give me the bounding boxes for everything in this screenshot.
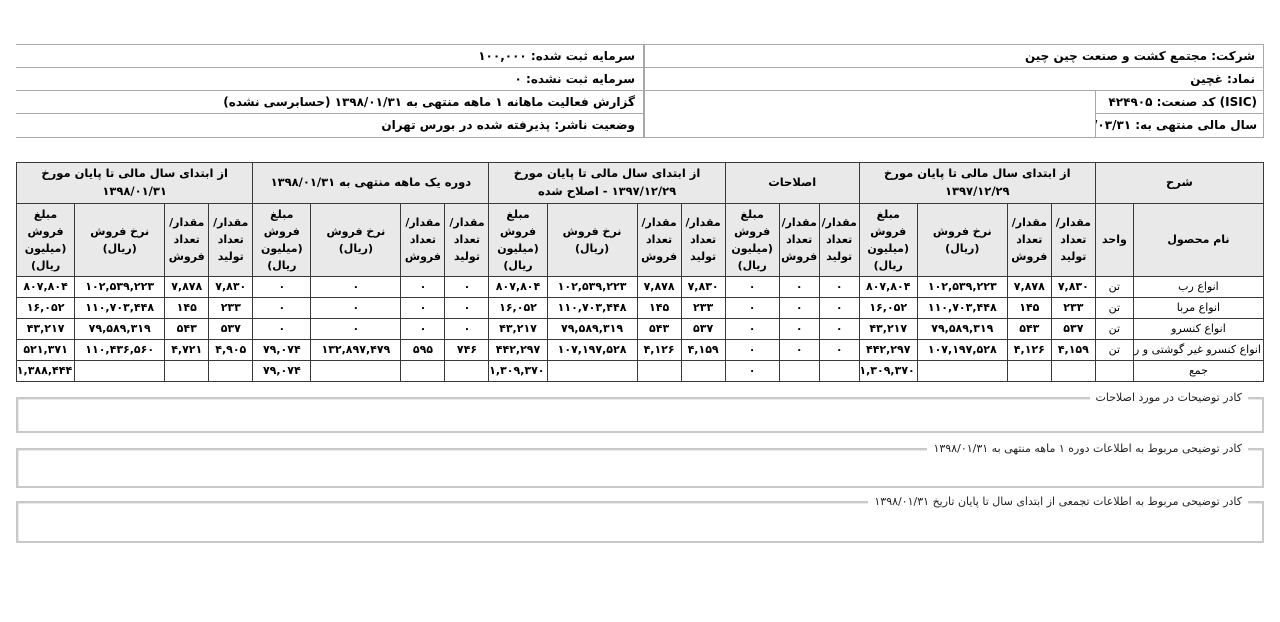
unit-cell: تن [1095, 339, 1133, 360]
value-cell: ۰ [779, 318, 819, 339]
table-body: انواع ربتن۷,۸۳۰۷,۸۷۸۱۰۲,۵۳۹,۲۲۳۸۰۷,۸۰۴۰۰… [17, 276, 1264, 381]
value-cell: ۰ [401, 276, 445, 297]
adjustments-comment-legend: کادر توضیحات در مورد اصلاحات [1090, 390, 1248, 406]
value-cell [819, 360, 859, 381]
value-cell: ۰ [819, 339, 859, 360]
fiscal-year-row: سال مالی منتهی به: ۱۳۹۸/۰۳/۳۱ [1096, 114, 1263, 137]
value-cell: ۱۱۰,۷۰۳,۴۴۸ [547, 297, 637, 318]
group-header-current-ytd: از ابتدای سال مالی تا پایان مورخ ۱۳۹۸/۰۱… [17, 163, 253, 204]
value-cell: ۷۹,۵۸۹,۳۱۹ [547, 318, 637, 339]
value-cell: ۰ [725, 339, 779, 360]
value-cell: ۰ [819, 276, 859, 297]
col-g5-sale-amount: مبلغ فروش (میلیون ریال) [17, 203, 75, 276]
col-g3-qty-produced: مقدار/تعداد تولید [681, 203, 725, 276]
group-header-current-month: دوره یک ماهه منتهی به ۱۳۹۸/۰۱/۳۱ [253, 163, 489, 204]
value-cell: ۱۶,۰۵۲ [489, 297, 547, 318]
value-cell: ۷۴۶ [445, 339, 489, 360]
value-cell [311, 360, 401, 381]
group-header-prior-ytd: از ابتدای سال مالی تا پایان مورخ ۱۳۹۷/۱۲… [859, 163, 1095, 204]
value-cell: ۷,۸۷۸ [165, 276, 209, 297]
col-unit: واحد [1095, 203, 1133, 276]
report-page: شرکت: مجتمع کشت و صنعت چین چین نماد: غچی… [16, 44, 1264, 543]
registered-capital-row: سرمایه ثبت شده: ۱۰۰,۰۰۰ [16, 45, 643, 68]
value-cell: ۸۰۷,۸۰۴ [859, 276, 917, 297]
value-cell [917, 360, 1007, 381]
group-header-row: شرح از ابتدای سال مالی تا پایان مورخ ۱۳۹… [17, 163, 1264, 204]
value-cell [547, 360, 637, 381]
value-cell: ۰ [311, 297, 401, 318]
value-cell: ۸۰۷,۸۰۴ [489, 276, 547, 297]
value-cell: ۴۴۲,۲۹۷ [859, 339, 917, 360]
value-cell: ۴,۱۵۹ [1051, 339, 1095, 360]
product-name-cell: انواع مربا [1133, 297, 1263, 318]
value-cell: ۵۳۷ [209, 318, 253, 339]
unregistered-capital-row: سرمایه ثبت نشده: ۰ [16, 68, 643, 91]
product-name-cell: جمع [1133, 360, 1263, 381]
unit-cell: تن [1095, 297, 1133, 318]
value-cell: ۰ [725, 297, 779, 318]
unit-cell [1095, 360, 1133, 381]
company-name-row: شرکت: مجتمع کشت و صنعت چین چین [645, 45, 1263, 68]
product-name-cell: انواع کنسرو [1133, 318, 1263, 339]
table-row: انواع ربتن۷,۸۳۰۷,۸۷۸۱۰۲,۵۳۹,۲۲۳۸۰۷,۸۰۴۰۰… [17, 276, 1264, 297]
value-cell: ۰ [253, 318, 311, 339]
value-cell: ۰ [779, 339, 819, 360]
symbol-row: نماد: غچین [645, 68, 1263, 91]
value-cell: ۰ [445, 297, 489, 318]
value-cell: ۰ [819, 318, 859, 339]
value-cell: ۰ [779, 297, 819, 318]
value-cell: ۰ [779, 276, 819, 297]
adjustments-comment-box: کادر توضیحات در مورد اصلاحات [16, 397, 1264, 433]
value-cell: ۰ [253, 276, 311, 297]
value-cell: ۴۳,۲۱۷ [489, 318, 547, 339]
report-info-panel: سرمایه ثبت شده: ۱۰۰,۰۰۰ سرمایه ثبت نشده:… [16, 44, 644, 138]
product-name-cell: انواع رب [1133, 276, 1263, 297]
value-cell: ۰ [725, 360, 779, 381]
value-cell [681, 360, 725, 381]
value-cell: ۷۹,۰۷۴ [253, 339, 311, 360]
value-cell: ۱۶,۰۵۲ [17, 297, 75, 318]
value-cell [75, 360, 165, 381]
value-cell: ۵۴۳ [165, 318, 209, 339]
col-g3-sale-rate: نرخ فروش (ریال) [547, 203, 637, 276]
col-g4-sale-rate: نرخ فروش (ریال) [311, 203, 401, 276]
table-row: انواع کنسرو غیر گوشتی و ربتن۴,۱۵۹۴,۱۲۶۱۰… [17, 339, 1264, 360]
monthly-info-comment-box: کادر توضیحی مربوط به اطلاعات دوره ۱ ماهه… [16, 448, 1264, 488]
value-cell: ۴,۱۲۶ [637, 339, 681, 360]
monthly-activity-table: شرح از ابتدای سال مالی تا پایان مورخ ۱۳۹… [16, 162, 1264, 382]
value-cell [779, 360, 819, 381]
value-cell: ۵۴۳ [1007, 318, 1051, 339]
value-cell: ۱۴۵ [1007, 297, 1051, 318]
col-g1-sale-amount: مبلغ فروش (میلیون ریال) [859, 203, 917, 276]
value-cell: ۴۳,۲۱۷ [17, 318, 75, 339]
col-g5-qty-produced: مقدار/تعداد تولید [209, 203, 253, 276]
group-header-description: شرح [1095, 163, 1263, 204]
value-cell: ۴۴۲,۲۹۷ [489, 339, 547, 360]
col-g5-sale-rate: نرخ فروش (ریال) [75, 203, 165, 276]
monthly-info-comment-legend: کادر توضیحی مربوط به اطلاعات دوره ۱ ماهه… [927, 441, 1248, 457]
value-cell: ۴,۱۲۶ [1007, 339, 1051, 360]
value-cell: ۰ [401, 297, 445, 318]
value-cell: ۷,۸۷۸ [637, 276, 681, 297]
sub-header-row: نام محصول واحد مقدار/تعداد تولید مقدار/ت… [17, 203, 1264, 276]
value-cell: ۵۳۷ [681, 318, 725, 339]
product-name-cell: انواع کنسرو غیر گوشتی و رب [1133, 339, 1263, 360]
col-g5-qty-sold: مقدار/تعداد فروش [165, 203, 209, 276]
value-cell: ۵۲۱,۳۷۱ [17, 339, 75, 360]
value-cell: ۱۰۲,۵۳۹,۲۲۳ [75, 276, 165, 297]
unit-cell: تن [1095, 276, 1133, 297]
value-cell: ۷,۸۳۰ [209, 276, 253, 297]
industry-code-row: (ISIC) کد صنعت: ۴۲۴۹۰۵ [1096, 91, 1263, 114]
value-cell: ۱۱۰,۷۰۳,۴۴۸ [75, 297, 165, 318]
value-cell: ۰ [725, 318, 779, 339]
unit-cell: تن [1095, 318, 1133, 339]
value-cell [445, 360, 489, 381]
value-cell: ۰ [311, 276, 401, 297]
col-g2-qty-produced: مقدار/تعداد تولید [819, 203, 859, 276]
value-cell: ۱,۳۰۹,۳۷۰ [859, 360, 917, 381]
value-cell: ۷۹,۰۷۴ [253, 360, 311, 381]
table-row: جمع۱,۳۰۹,۳۷۰۰۱,۳۰۹,۳۷۰۷۹,۰۷۴۱,۳۸۸,۴۴۴ [17, 360, 1264, 381]
value-cell: ۱۶,۰۵۲ [859, 297, 917, 318]
cumulative-info-comment-box: کادر توضیحی مربوط به اطلاعات تجمعی از اب… [16, 501, 1264, 543]
value-cell: ۰ [253, 297, 311, 318]
value-cell: ۷۹,۵۸۹,۳۱۹ [75, 318, 165, 339]
value-cell: ۱۴۵ [165, 297, 209, 318]
value-cell [1051, 360, 1095, 381]
report-title-row: گزارش فعالیت ماهانه ۱ ماهه منتهی به ۱۳۹۸… [16, 91, 643, 114]
value-cell: ۰ [819, 297, 859, 318]
value-cell: ۲۳۳ [1051, 297, 1095, 318]
col-g4-qty-produced: مقدار/تعداد تولید [445, 203, 489, 276]
value-cell: ۵۴۳ [637, 318, 681, 339]
group-header-adjustments: اصلاحات [725, 163, 859, 204]
company-info-panel: شرکت: مجتمع کشت و صنعت چین چین نماد: غچی… [644, 44, 1264, 138]
company-header: شرکت: مجتمع کشت و صنعت چین چین نماد: غچی… [16, 44, 1264, 138]
col-g1-qty-produced: مقدار/تعداد تولید [1051, 203, 1095, 276]
value-cell: ۱,۳۰۹,۳۷۰ [489, 360, 547, 381]
col-g4-sale-amount: مبلغ فروش (میلیون ریال) [253, 203, 311, 276]
value-cell: ۵۹۵ [401, 339, 445, 360]
value-cell: ۱۰۷,۱۹۷,۵۲۸ [917, 339, 1007, 360]
value-cell [401, 360, 445, 381]
col-g1-sale-rate: نرخ فروش (ریال) [917, 203, 1007, 276]
value-cell: ۷,۸۷۸ [1007, 276, 1051, 297]
value-cell: ۷,۸۳۰ [681, 276, 725, 297]
industry-fiscal-box: (ISIC) کد صنعت: ۴۲۴۹۰۵ سال مالی منتهی به… [1095, 91, 1263, 137]
value-cell: ۵۳۷ [1051, 318, 1095, 339]
table-row: انواع کنسروتن۵۳۷۵۴۳۷۹,۵۸۹,۳۱۹۴۳,۲۱۷۰۰۰۵۳… [17, 318, 1264, 339]
value-cell: ۴,۱۵۹ [681, 339, 725, 360]
value-cell: ۱۳۲,۸۹۷,۴۷۹ [311, 339, 401, 360]
value-cell: ۰ [445, 276, 489, 297]
value-cell: ۱۱۰,۴۳۶,۵۶۰ [75, 339, 165, 360]
value-cell: ۴۳,۲۱۷ [859, 318, 917, 339]
col-g4-qty-sold: مقدار/تعداد فروش [401, 203, 445, 276]
cumulative-info-comment-legend: کادر توضیحی مربوط به اطلاعات تجمعی از اب… [868, 494, 1248, 510]
value-cell: ۱۴۵ [637, 297, 681, 318]
value-cell: ۷,۸۳۰ [1051, 276, 1095, 297]
value-cell: ۰ [311, 318, 401, 339]
value-cell: ۱۰۲,۵۳۹,۲۲۳ [917, 276, 1007, 297]
value-cell: ۱۰۷,۱۹۷,۵۲۸ [547, 339, 637, 360]
col-product-name: نام محصول [1133, 203, 1263, 276]
value-cell: ۲۳۳ [209, 297, 253, 318]
value-cell [209, 360, 253, 381]
value-cell: ۱۱۰,۷۰۳,۴۴۸ [917, 297, 1007, 318]
col-g2-qty-sold: مقدار/تعداد فروش [779, 203, 819, 276]
col-g3-qty-sold: مقدار/تعداد فروش [637, 203, 681, 276]
value-cell: ۴,۷۲۱ [165, 339, 209, 360]
value-cell [637, 360, 681, 381]
value-cell [1007, 360, 1051, 381]
col-g3-sale-amount: مبلغ فروش (میلیون ریال) [489, 203, 547, 276]
table-row: انواع مرباتن۲۳۳۱۴۵۱۱۰,۷۰۳,۴۴۸۱۶,۰۵۲۰۰۰۲۳… [17, 297, 1264, 318]
value-cell: ۰ [401, 318, 445, 339]
value-cell: ۰ [725, 276, 779, 297]
value-cell: ۱۰۲,۵۳۹,۲۲۳ [547, 276, 637, 297]
value-cell: ۸۰۷,۸۰۴ [17, 276, 75, 297]
col-g1-qty-sold: مقدار/تعداد فروش [1007, 203, 1051, 276]
value-cell [165, 360, 209, 381]
value-cell: ۲۳۳ [681, 297, 725, 318]
value-cell: ۷۹,۵۸۹,۳۱۹ [917, 318, 1007, 339]
issuer-status-row: وضعیت ناشر: پذیرفته شده در بورس تهران [16, 114, 643, 137]
col-g2-sale-amount: مبلغ فروش (میلیون ریال) [725, 203, 779, 276]
group-header-prior-ytd-adjusted: از ابتدای سال مالی تا پایان مورخ ۱۳۹۷/۱۲… [489, 163, 725, 204]
value-cell: ۴,۹۰۵ [209, 339, 253, 360]
value-cell: ۱,۳۸۸,۴۴۴ [17, 360, 75, 381]
value-cell: ۰ [445, 318, 489, 339]
